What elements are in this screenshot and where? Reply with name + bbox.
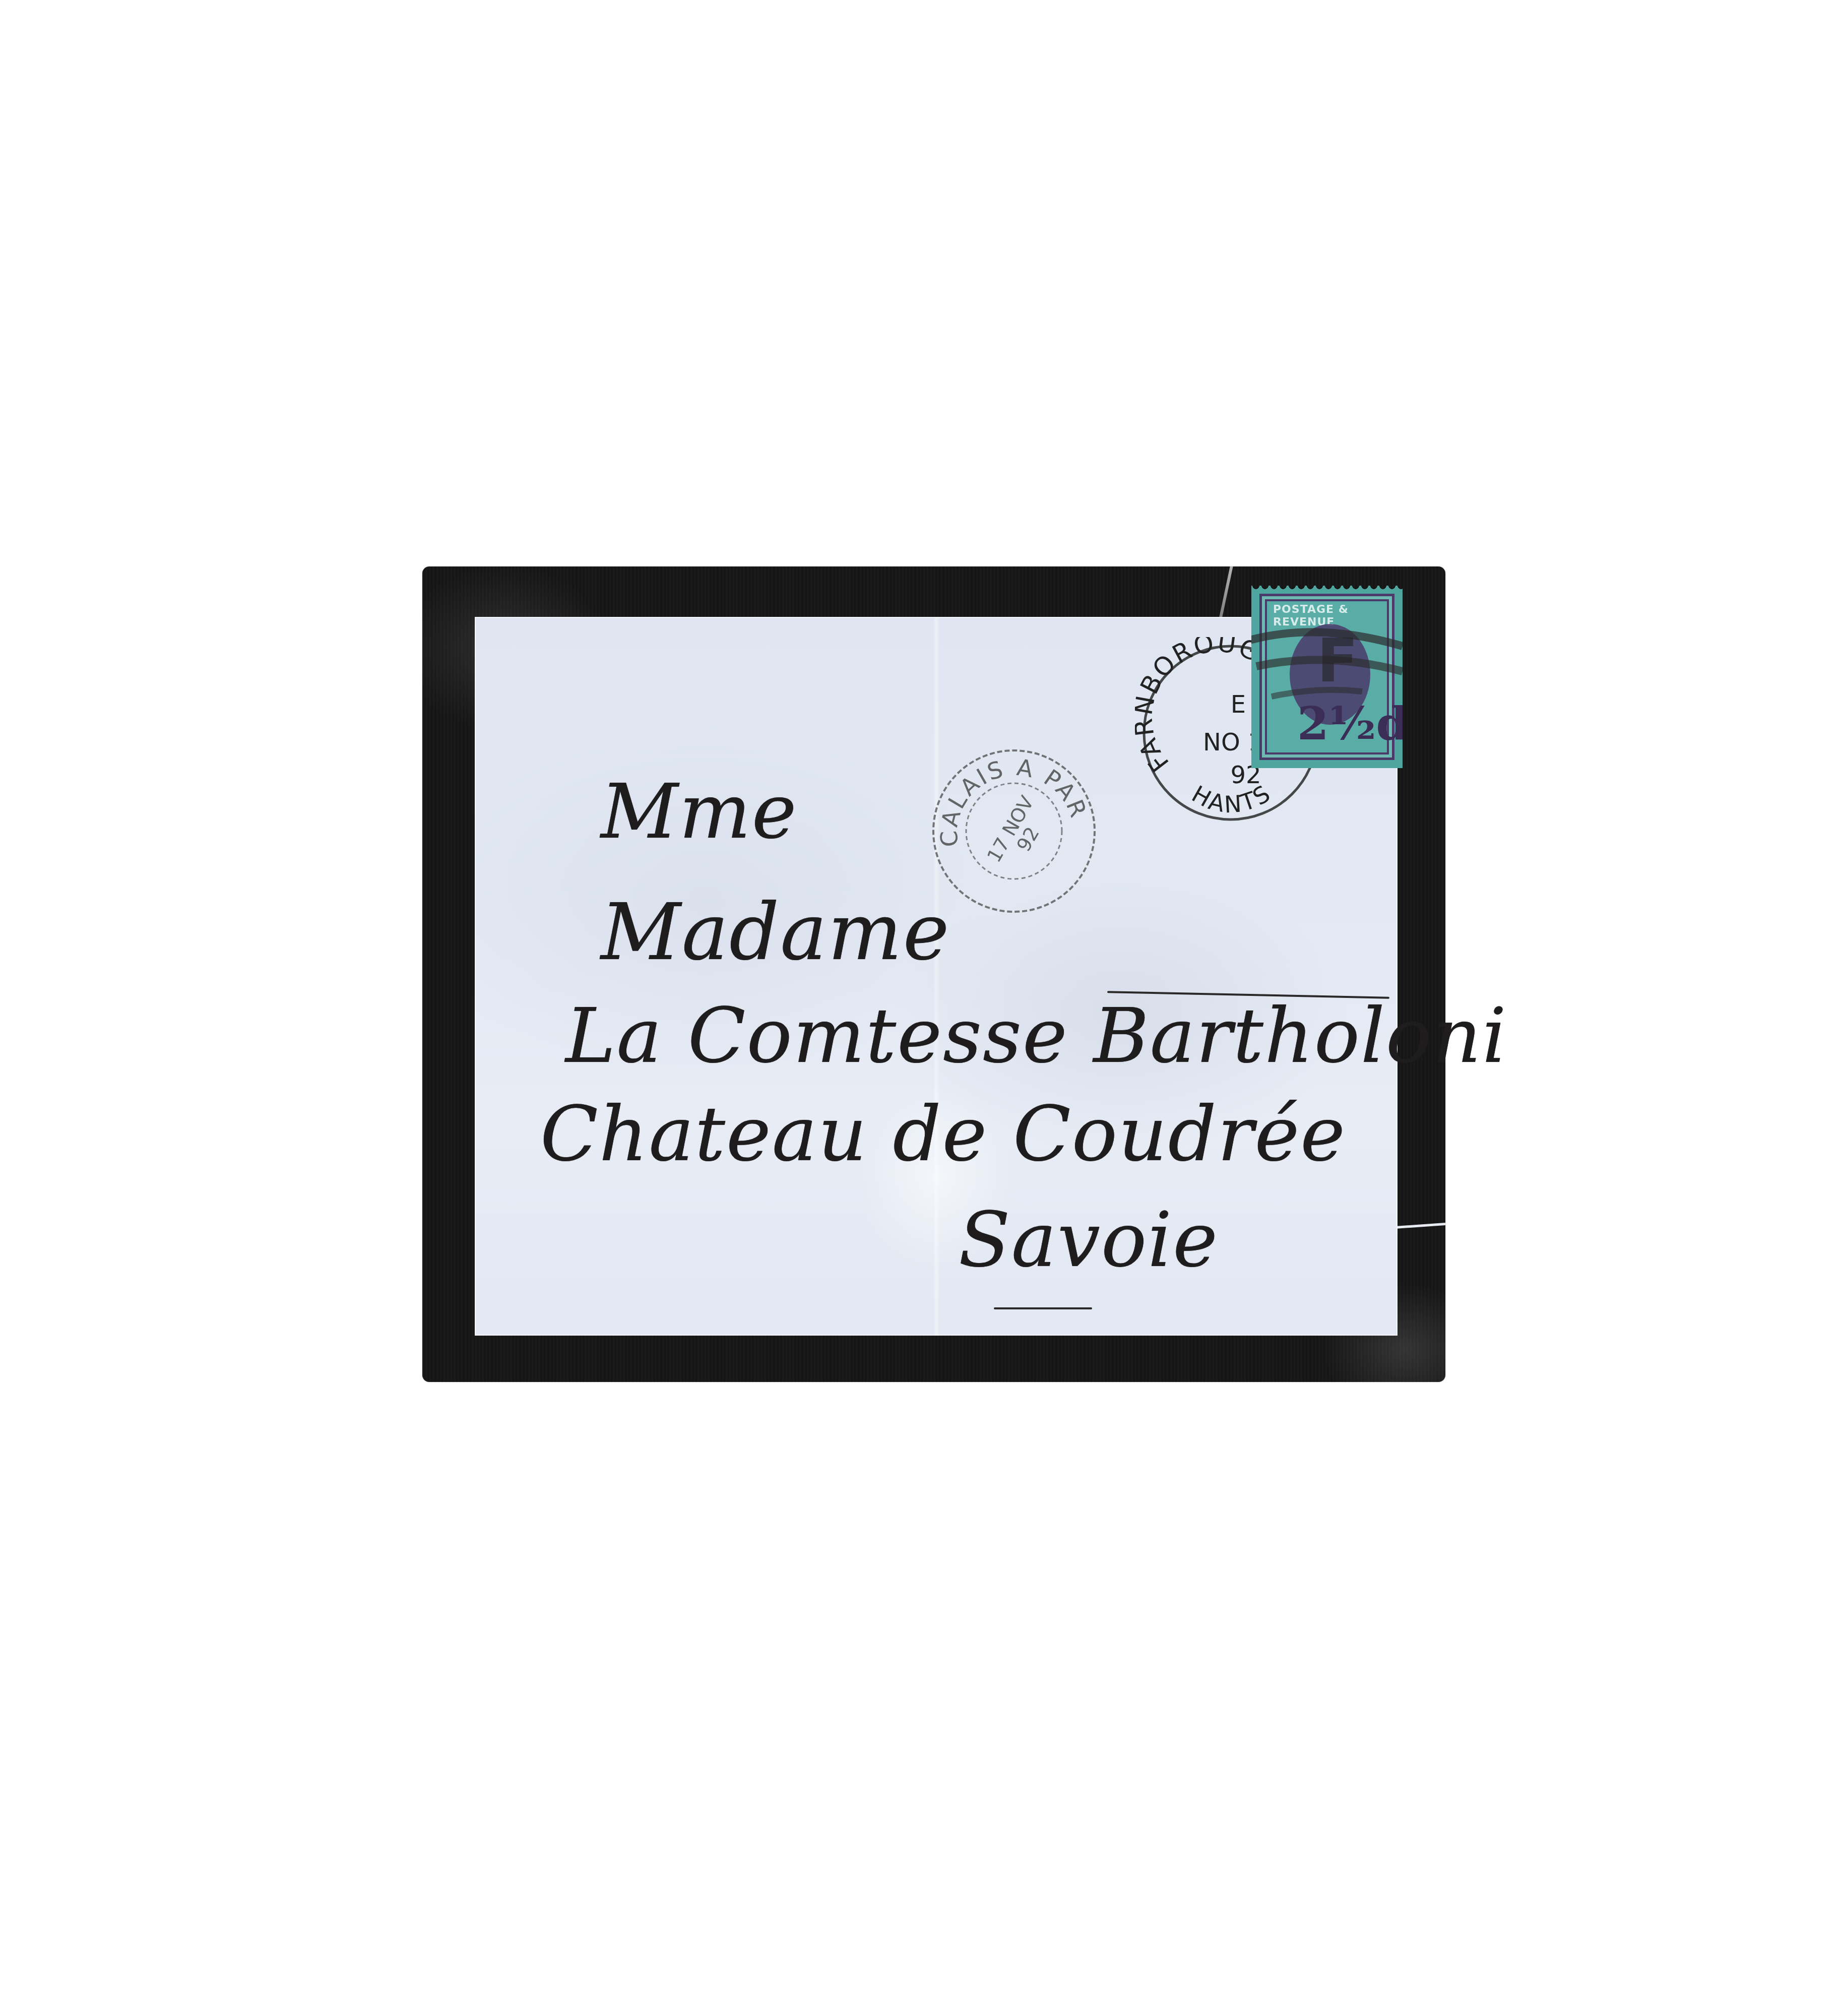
address-line-2: Madame xyxy=(601,887,950,978)
underline-flourish xyxy=(994,1307,1092,1309)
postage-stamp: POSTAGE & REVENUE 2½d F xyxy=(1251,586,1403,768)
calais-postmark: CALAIS A PARIS 17 NOV 92 xyxy=(928,745,1100,917)
address-line-5: Savoie xyxy=(959,1196,1219,1284)
address-line-4: Chateau de Coudrée xyxy=(540,1091,1346,1178)
address-line-3: La Comtesse Bartholoni xyxy=(565,992,1507,1080)
cancellation-bars: F xyxy=(1241,611,1408,742)
mourning-envelope: Mme Madame La Comtesse Bartholoni Chatea… xyxy=(422,566,1445,1382)
address-line-1: Mme xyxy=(601,768,798,856)
svg-text:F: F xyxy=(1317,626,1358,696)
border-crack xyxy=(1219,566,1233,617)
farnborough-code-text: E xyxy=(1231,690,1246,719)
